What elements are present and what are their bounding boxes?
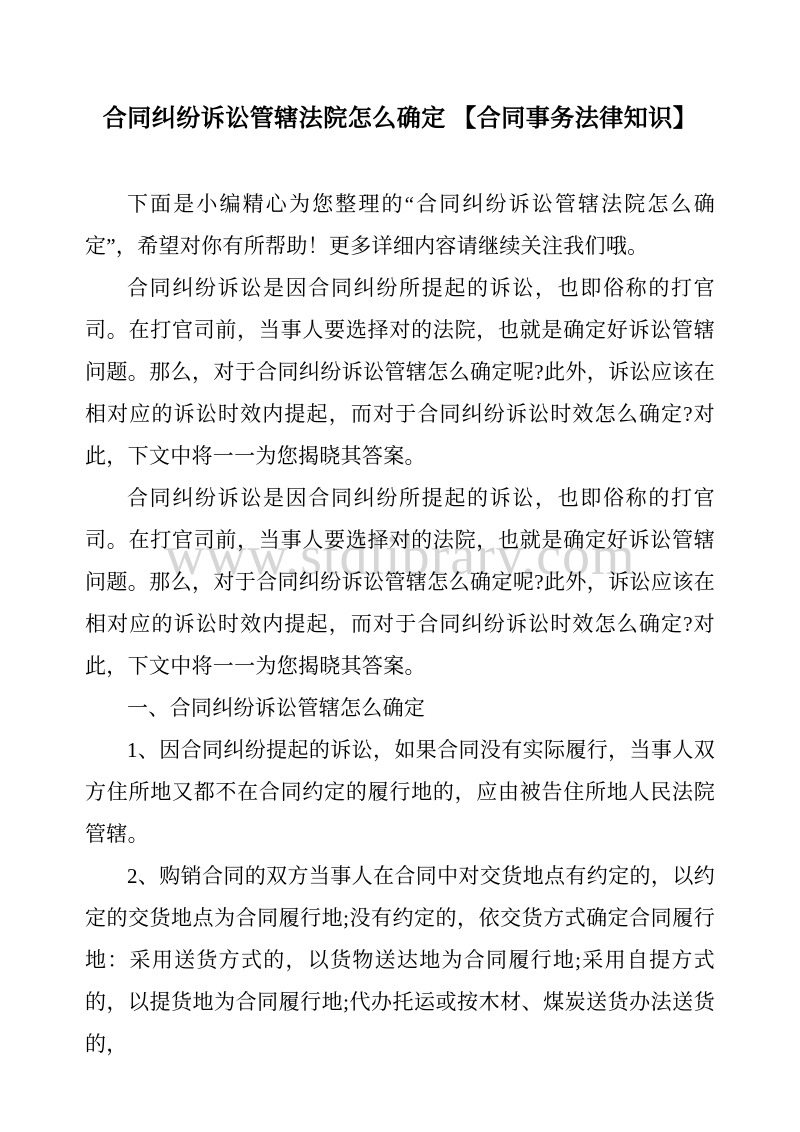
- paragraph-overview-repeat: 合同纠纷诉讼是因合同纠纷所提起的诉讼，也即俗称的打官司。在打官司前，当事人要选择…: [85, 477, 715, 687]
- document-title: 合同纠纷诉讼管辖法院怎么确定 【合同事务法律知识】: [85, 101, 715, 137]
- section-heading: 一、合同纠纷诉讼管辖怎么确定: [85, 687, 715, 729]
- paragraph-intro: 下面是小编精心为您整理的“合同纠纷诉讼管辖法院怎么确定”，希望对你有所帮助！更多…: [85, 183, 715, 267]
- paragraph-overview: 合同纠纷诉讼是因合同纠纷所提起的诉讼，也即俗称的打官司。在打官司前，当事人要选择…: [85, 267, 715, 477]
- paragraph-item-1: 1、因合同纠纷提起的诉讼，如果合同没有实际履行，当事人双方住所地又都不在合同约定…: [85, 729, 715, 855]
- document-body: 下面是小编精心为您整理的“合同纠纷诉讼管辖法院怎么确定”，希望对你有所帮助！更多…: [85, 183, 715, 1065]
- document-page: www.stdlibrary.com 合同纠纷诉讼管辖法院怎么确定 【合同事务法…: [0, 0, 800, 1132]
- document-content: 合同纠纷诉讼管辖法院怎么确定 【合同事务法律知识】 下面是小编精心为您整理的“合…: [0, 0, 800, 1065]
- paragraph-item-2: 2、购销合同的双方当事人在合同中对交货地点有约定的，以约定的交货地点为合同履行地…: [85, 855, 715, 1065]
